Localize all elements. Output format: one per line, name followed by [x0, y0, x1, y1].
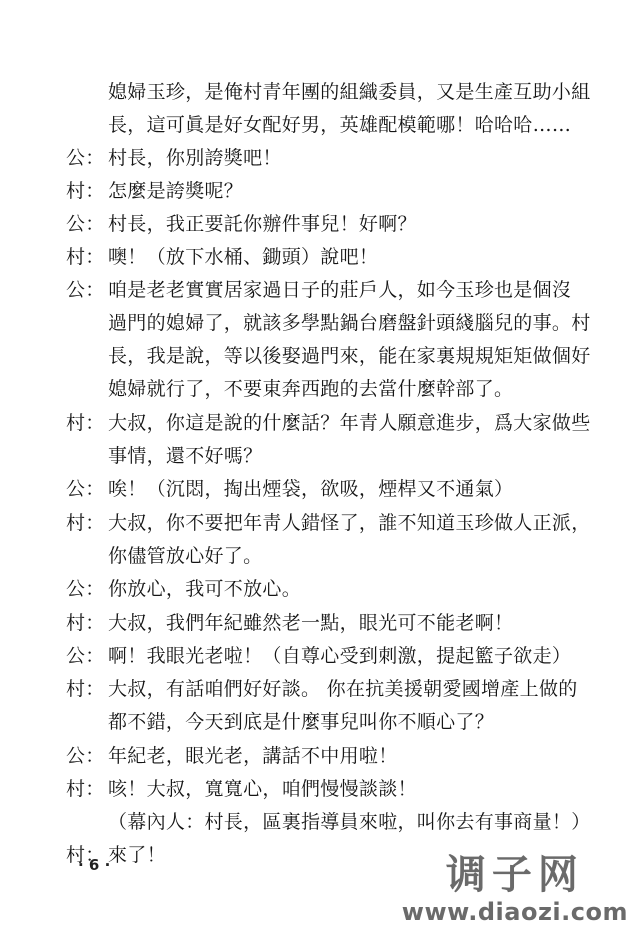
line-text: 唉！（沉悶，掏出煙袋，欲吸，煙桿又不通氣）	[108, 472, 513, 506]
speaker-label: 村：	[66, 506, 105, 540]
line-text: 噢！（放下水桶、鋤頭）說吧！	[108, 240, 378, 274]
line-text: 大叔，你不要把年靑人錯怪了，誰不知道玉珍做人正派，	[108, 506, 591, 540]
watermark-name: 调子网	[402, 852, 628, 898]
dialogue-line: 公：村長，你別誇獎吧！	[0, 141, 640, 175]
dialogue-line: 公：年紀老，眼光老，講話不中用啦！	[0, 739, 640, 773]
dialogue-line: 長，我是說，等以後娶過門來，能在家裏規規矩矩做個好	[0, 339, 640, 373]
line-text: 都不錯，今天到底是什麼事兒叫你不順心了？	[108, 705, 494, 739]
line-text: 大叔，我們年紀雖然老一點，眼光可不能老啊！	[108, 606, 513, 640]
dialogue-line: 公：你放心，我可不放心。	[0, 572, 640, 606]
line-text: （幕內人：村長，區裏指導員來啦，叫你去有事商量！）	[108, 805, 591, 839]
dialogue-line: 公：村長，我正要託你辦件事兒！好啊？	[0, 207, 640, 241]
dialogue-line: 長，這可眞是好女配好男，英雄配模範哪！哈哈哈……	[0, 108, 640, 142]
line-text: 村長，我正要託你辦件事兒！好啊？	[108, 207, 417, 241]
dialogue-line: 村：大叔，我們年紀雖然老一點，眼光可不能老啊！	[0, 606, 640, 640]
dialogue-line: （幕內人：村長，區裏指導員來啦，叫你去有事商量！）	[0, 805, 640, 839]
dialogue-line: 村：大叔，有話咱們好好談。 你在抗美援朝愛國增產上做的	[0, 672, 640, 706]
dialogue-line: 你儘管放心好了。	[0, 539, 640, 573]
line-text: 你放心，我可不放心。	[108, 572, 301, 606]
watermark-url: www.diaozi.com	[402, 898, 628, 926]
dialogue-line: 公：咱是老老實實居家過日子的莊戶人，如今玉珍也是個沒	[0, 273, 640, 307]
line-text: 啊！我眼光老啦！（自尊心受到刺激，提起籃子欲走）	[108, 639, 571, 673]
line-text: 年紀老，眼光老，講話不中用啦！	[108, 739, 398, 773]
line-text: 你儘管放心好了。	[108, 539, 262, 573]
line-text: 媳婦玉珍，是俺村青年團的組織委員，又是生產互助小組	[108, 75, 591, 109]
dialogue-line: 事情，還不好嗎？	[0, 439, 640, 473]
line-text: 過門的媳婦了，就該多學點鍋台磨盤針頭綫腦兒的事。村	[108, 306, 591, 340]
line-text: 長，我是說，等以後娶過門來，能在家裏規規矩矩做個好	[108, 339, 591, 373]
speaker-label: 公：	[66, 472, 105, 506]
line-text: 咳！大叔，寬寬心，咱們慢慢談談！	[108, 772, 417, 806]
speaker-label: 公：	[66, 273, 105, 307]
score-page: 媳婦玉珍，是俺村青年團的組織委員，又是生產互助小組長，這可眞是好女配好男，英雄配…	[0, 0, 640, 932]
dialogue-line: 媳婦就行了，不要東奔西跑的去當什麼幹部了。	[0, 372, 640, 406]
line-text: 媳婦就行了，不要東奔西跑的去當什麼幹部了。	[108, 372, 513, 406]
dialogue-line: 村：怎麼是誇獎呢？	[0, 174, 640, 208]
speaker-label: 村：	[66, 606, 105, 640]
dialogue-line: 村：噢！（放下水桶、鋤頭）說吧！	[0, 240, 640, 274]
line-text: 怎麼是誇獎呢？	[108, 174, 243, 208]
speaker-label: 公：	[66, 207, 105, 241]
speaker-label: 公：	[66, 639, 105, 673]
watermark: 调子网 www.diaozi.com	[402, 852, 628, 926]
dialogue-line: 村：咳！大叔，寬寬心，咱們慢慢談談！	[0, 772, 640, 806]
line-text: 村長，你別誇獎吧！	[108, 141, 282, 175]
speaker-label: 村：	[66, 772, 105, 806]
dialogue-line: 公：唉！（沉悶，掏出煙袋，欲吸，煙桿又不通氣）	[0, 472, 640, 506]
speaker-label: 村：	[66, 672, 105, 706]
speaker-label: 村：	[66, 240, 105, 274]
dialogue-line: 媳婦玉珍，是俺村青年團的組織委員，又是生產互助小組	[0, 75, 640, 109]
speaker-label: 村：	[66, 174, 105, 208]
line-text: 大叔，有話咱們好好談。 你在抗美援朝愛國增產上做的	[108, 672, 578, 706]
speaker-label: 村：	[66, 406, 105, 440]
speaker-label: 公：	[66, 141, 105, 175]
dialogue-line: 公：啊！我眼光老啦！（自尊心受到刺激，提起籃子欲走）	[0, 639, 640, 673]
dialogue-line: 都不錯，今天到底是什麼事兒叫你不順心了？	[0, 705, 640, 739]
dialogue-line: 村：大叔，你不要把年靑人錯怪了，誰不知道玉珍做人正派，	[0, 506, 640, 540]
line-text: 咱是老老實實居家過日子的莊戶人，如今玉珍也是個沒	[108, 273, 571, 307]
speaker-label: 公：	[66, 572, 105, 606]
line-text: 長，這可眞是好女配好男，英雄配模範哪！哈哈哈……	[108, 108, 571, 142]
dialogue-line: 過門的媳婦了，就該多學點鍋台磨盤針頭綫腦兒的事。村	[0, 306, 640, 340]
dialogue-line: 村：大叔，你這是說的什麼話？年青人願意進步，爲大家做些	[0, 406, 640, 440]
page-number: · 6 ·	[78, 856, 110, 874]
line-text: 來了！	[108, 838, 166, 872]
line-text: 大叔，你這是說的什麼話？年青人願意進步，爲大家做些	[108, 406, 591, 440]
line-text: 事情，還不好嗎？	[108, 439, 262, 473]
speaker-label: 公：	[66, 739, 105, 773]
